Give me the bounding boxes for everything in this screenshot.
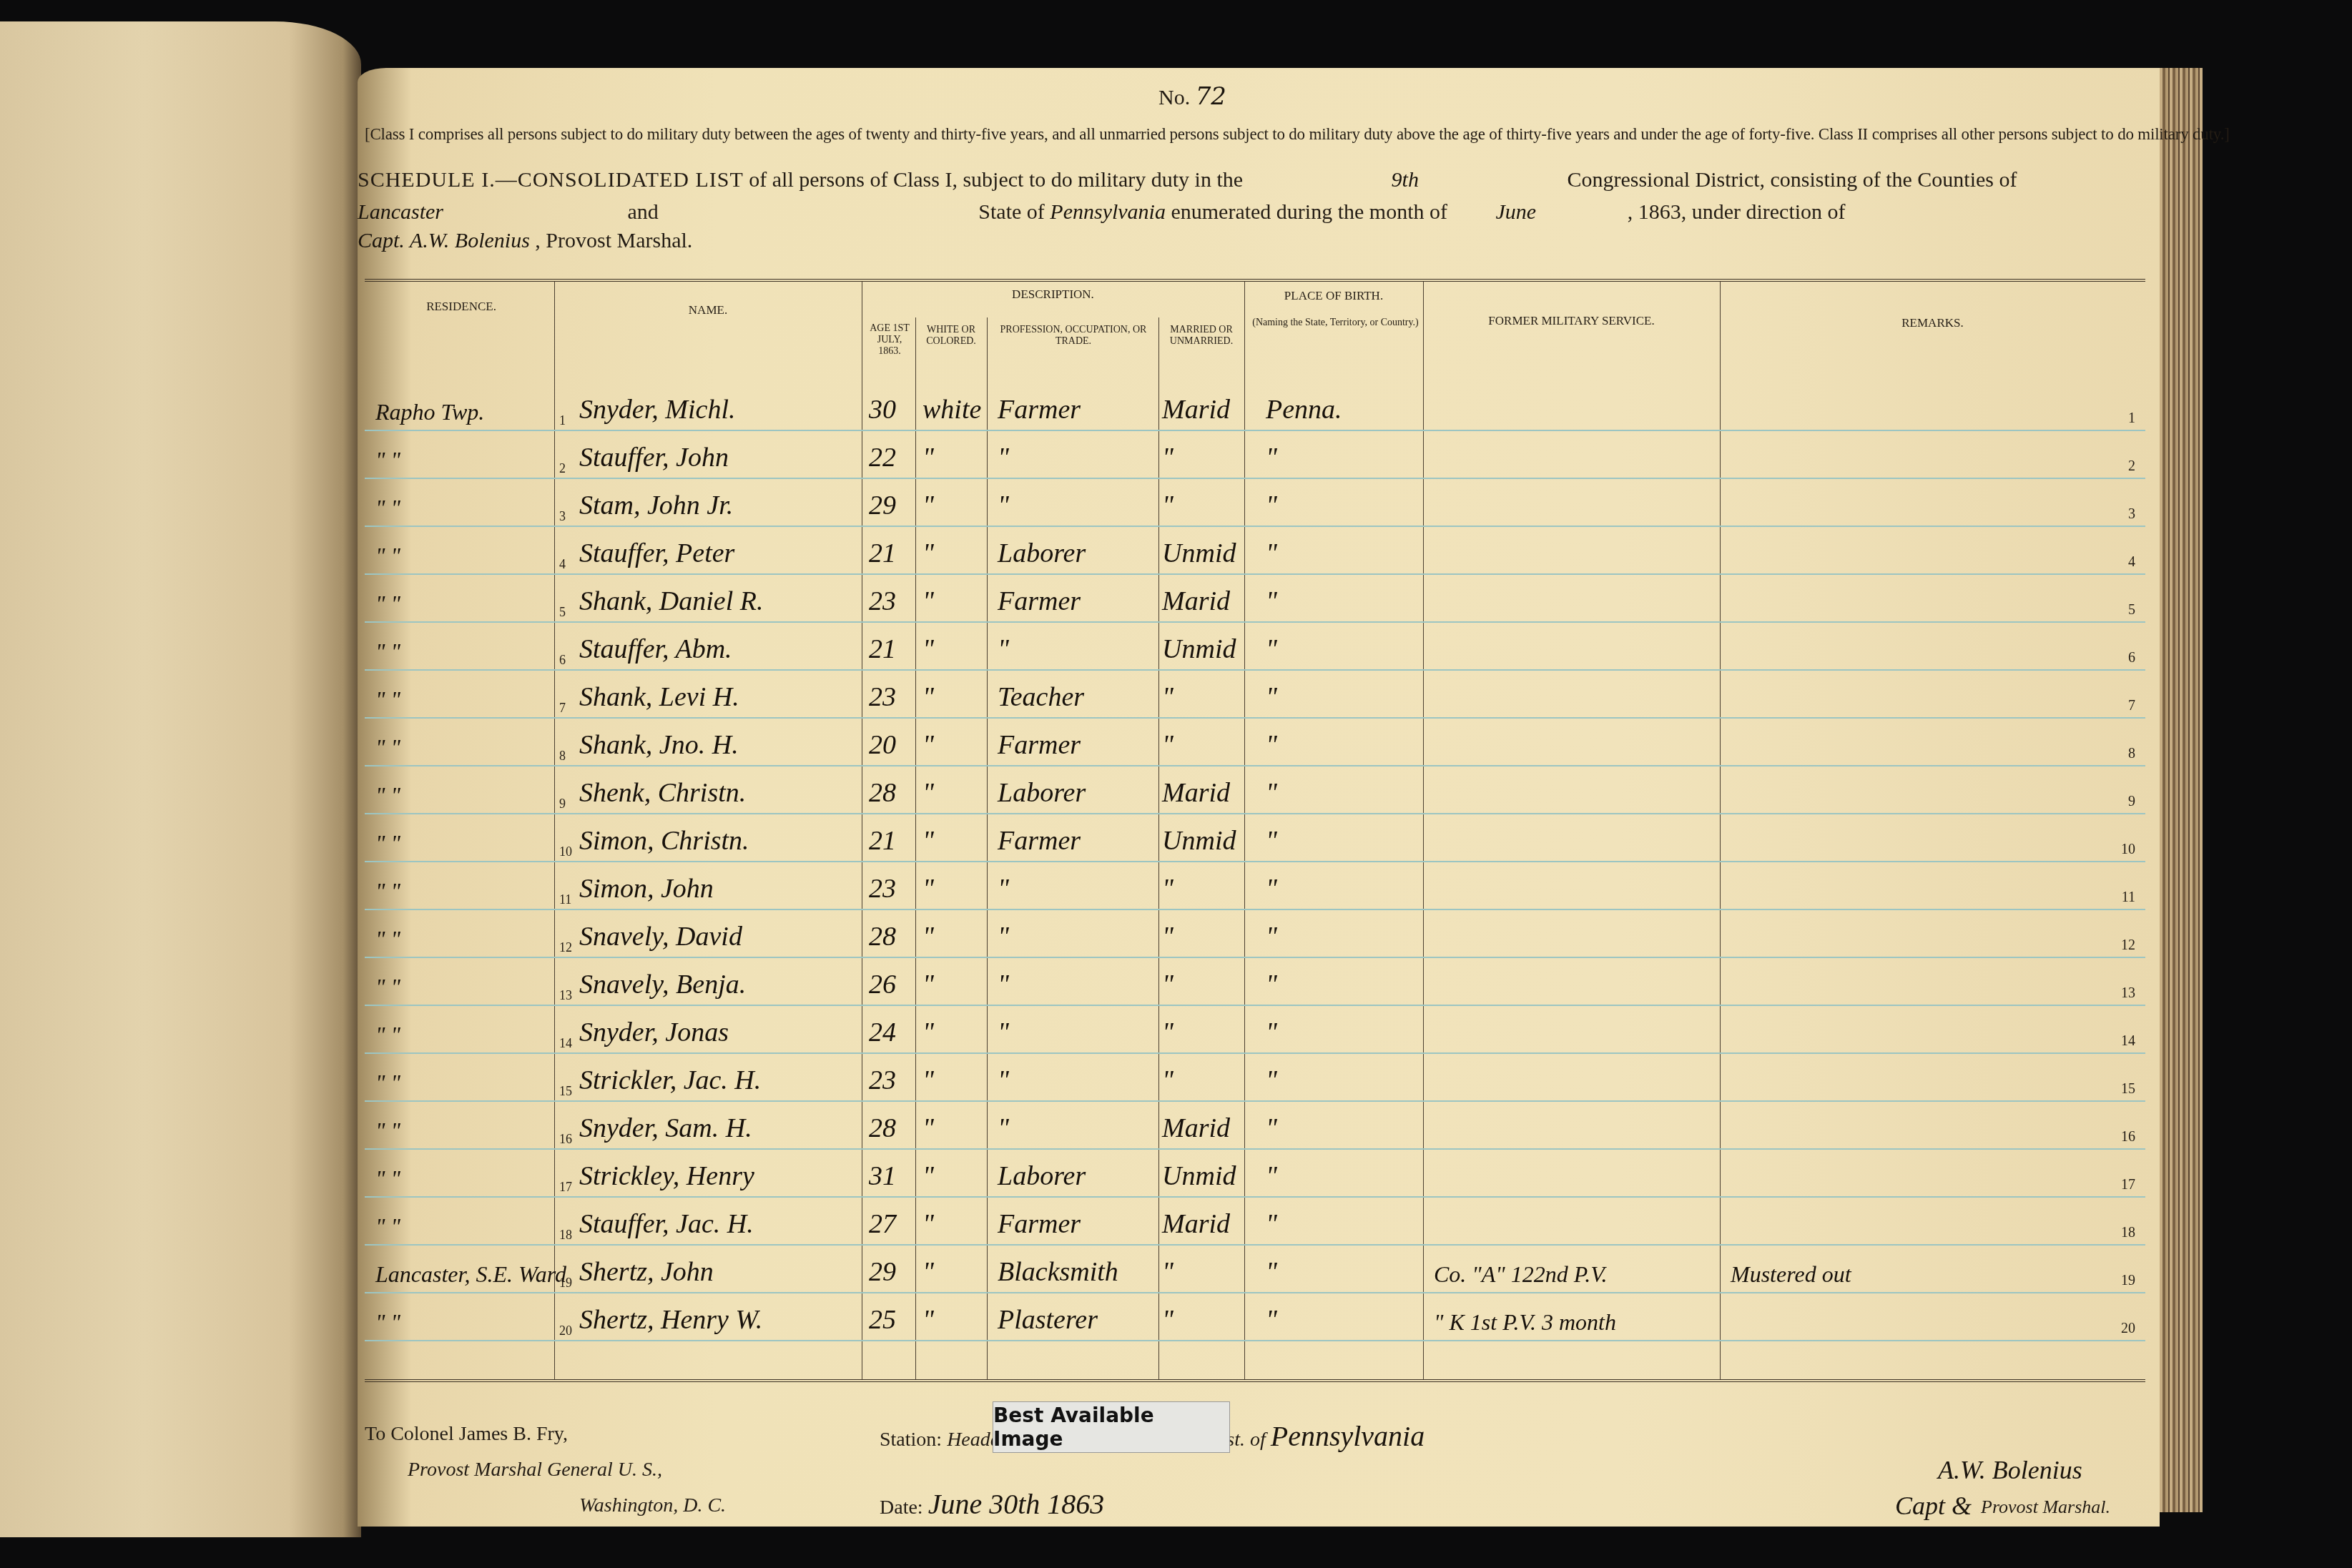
year-label: , 1863, under direction of xyxy=(1628,200,1846,224)
cell-name: Snavely, Benja. xyxy=(579,969,746,1000)
cell-color: " xyxy=(922,681,934,713)
row-number-right: 14 xyxy=(2121,1033,2135,1050)
row-number: 16 xyxy=(559,1132,572,1147)
station-state: Pennsylvania xyxy=(1271,1420,1425,1452)
cell-color: " xyxy=(922,490,934,521)
cell-color: " xyxy=(922,921,934,952)
table-row: 14" "Snyder, Jonas24""""14 xyxy=(365,1005,2145,1054)
cell-name: Stauffer, John xyxy=(579,442,729,473)
cell-name: Snavely, David xyxy=(579,921,742,952)
cell-color: " xyxy=(922,1256,934,1288)
cell-residence: " " xyxy=(375,1118,400,1144)
header-residence: Residence. xyxy=(372,300,551,314)
enumerated-label: enumerated during the month of xyxy=(1171,200,1447,224)
row-number-right: 20 xyxy=(2121,1321,2135,1337)
table-row: 2" "Stauffer, John22""""2 xyxy=(365,430,2145,479)
cell-residence: " " xyxy=(375,447,400,473)
cell-age: 29 xyxy=(869,1256,896,1288)
cell-age: 31 xyxy=(869,1160,896,1192)
cell-residence: " " xyxy=(375,1213,400,1240)
cell-age: 24 xyxy=(869,1017,896,1048)
cell-profession: Laborer xyxy=(998,538,1086,569)
row-number-right: 5 xyxy=(2128,602,2135,618)
table-row: 16" "Snyder, Sam. H.28""Marid"16 xyxy=(365,1100,2145,1150)
row-number: 1 xyxy=(559,413,566,428)
header-birth: Place of Birth. xyxy=(1248,289,1419,303)
cell-age: 23 xyxy=(869,681,896,713)
table-row: 9" "Shenk, Christn.28"LaborerMarid"9 xyxy=(365,765,2145,814)
table-row: 19Lancaster, S.E. WardShertz, John29"Bla… xyxy=(365,1244,2145,1293)
cell-profession: Farmer xyxy=(998,729,1081,761)
row-number: 9 xyxy=(559,797,566,812)
cell-birth: " xyxy=(1266,921,1277,952)
cell-married: Unmid xyxy=(1162,1160,1236,1192)
row-number-right: 8 xyxy=(2128,746,2135,762)
table-row: 7" "Shank, Levi H.23"Teacher""7 xyxy=(365,669,2145,719)
cell-color: " xyxy=(922,969,934,1000)
header-color: White or Colored. xyxy=(917,325,985,347)
table-row: 5" "Shank, Daniel R.23"FarmerMarid"5 xyxy=(365,573,2145,623)
schedule-heading: SCHEDULE I.—CONSOLIDATED LIST of all per… xyxy=(358,168,2017,192)
table-row: 18" "Stauffer, Jac. H.27"FarmerMarid"18 xyxy=(365,1196,2145,1246)
cell-profession: Teacher xyxy=(998,681,1084,713)
enrollment-page: No. 72 [Class I comprises all persons su… xyxy=(358,68,2160,1527)
row-number-right: 10 xyxy=(2121,842,2135,858)
cell-married: Unmid xyxy=(1162,633,1236,665)
addressee-title: Provost Marshal General U. S., xyxy=(408,1459,662,1481)
signature: A.W. Bolenius xyxy=(1938,1455,2082,1485)
row-number: 3 xyxy=(559,509,566,524)
cell-color: " xyxy=(922,1208,934,1240)
district-label: Congressional District, consisting of th… xyxy=(1567,168,2017,192)
row-number: 2 xyxy=(559,461,566,476)
cell-profession: " xyxy=(998,921,1009,952)
cell-color: " xyxy=(922,633,934,665)
addressee-place: Washington, D. C. xyxy=(579,1494,726,1517)
row-number: 17 xyxy=(559,1180,572,1195)
cell-color: " xyxy=(922,442,934,473)
cell-married: " xyxy=(1162,681,1173,713)
left-blank-page xyxy=(0,21,361,1537)
cell-age: 25 xyxy=(869,1304,896,1336)
county-state-line: Lancaster and State of Pennsylvania enum… xyxy=(358,200,1846,225)
cell-married: " xyxy=(1162,1065,1173,1096)
month-value: June xyxy=(1496,200,1537,224)
cell-color: " xyxy=(922,777,934,809)
row-number-right: 17 xyxy=(2121,1177,2135,1193)
cell-married: " xyxy=(1162,873,1173,904)
row-number-right: 6 xyxy=(2128,650,2135,666)
row-number: 6 xyxy=(559,653,566,668)
cell-birth: " xyxy=(1266,873,1277,904)
cell-birth: " xyxy=(1266,1304,1277,1336)
cell-color: " xyxy=(922,1160,934,1192)
signature-label: Provost Marshal. xyxy=(1981,1496,2110,1518)
cell-profession: " xyxy=(998,490,1009,521)
cell-age: 23 xyxy=(869,586,896,617)
addressee: To Colonel James B. Fry, xyxy=(365,1423,568,1446)
cell-color: " xyxy=(922,1113,934,1144)
cell-name: Stauffer, Jac. H. xyxy=(579,1208,754,1240)
cell-birth: " xyxy=(1266,969,1277,1000)
cell-birth: " xyxy=(1266,1113,1277,1144)
cell-birth: " xyxy=(1266,442,1277,473)
header-age: Age 1st July, 1863. xyxy=(865,323,914,358)
row-number-right: 13 xyxy=(2121,985,2135,1002)
cell-remarks: Mustered out xyxy=(1731,1261,1851,1288)
row-number: 10 xyxy=(559,844,572,859)
table-row: 13" "Snavely, Benja.26""""13 xyxy=(365,957,2145,1006)
cell-age: 28 xyxy=(869,777,896,809)
cell-age: 26 xyxy=(869,969,896,1000)
cell-profession: " xyxy=(998,969,1009,1000)
cell-birth: " xyxy=(1266,825,1277,857)
table-row: 1Rapho Twp.Snyder, Michl.30whiteFarmerMa… xyxy=(365,382,2145,431)
cell-name: Strickley, Henry xyxy=(579,1160,754,1192)
row-number: 13 xyxy=(559,988,572,1003)
cell-name: Shank, Levi H. xyxy=(579,681,739,713)
cell-birth: " xyxy=(1266,1208,1277,1240)
header-remarks: Remarks. xyxy=(1723,316,2142,330)
cell-profession: Farmer xyxy=(998,394,1081,425)
cell-age: 28 xyxy=(869,1113,896,1144)
cell-residence: " " xyxy=(375,1022,400,1048)
cell-color: " xyxy=(922,586,934,617)
cell-married: Marid xyxy=(1162,777,1230,809)
cell-residence: " " xyxy=(375,686,400,713)
cell-residence: " " xyxy=(375,878,400,904)
cell-residence: " " xyxy=(375,1309,400,1336)
class-definition: [Class I comprises all persons subject t… xyxy=(365,125,2230,144)
row-number-right: 2 xyxy=(2128,458,2135,475)
cell-residence: " " xyxy=(375,495,400,521)
cell-married: Marid xyxy=(1162,586,1230,617)
row-number-right: 1 xyxy=(2128,410,2135,427)
cell-birth: " xyxy=(1266,777,1277,809)
cell-married: " xyxy=(1162,1256,1173,1288)
schedule-text: of all persons of Class I, subject to do… xyxy=(749,168,1243,192)
cell-profession: Laborer xyxy=(998,1160,1086,1192)
number-value: 72 xyxy=(1196,82,1226,111)
cell-residence: " " xyxy=(375,734,400,761)
row-number: 20 xyxy=(559,1323,572,1338)
cell-birth: " xyxy=(1266,681,1277,713)
cell-name: Stauffer, Abm. xyxy=(579,633,732,665)
header-birth-sub: (Naming the State, Territory, or Country… xyxy=(1251,317,1419,329)
cell-name: Simon, Christn. xyxy=(579,825,749,857)
cell-name: Shank, Jno. H. xyxy=(579,729,739,761)
cell-profession: Farmer xyxy=(998,1208,1081,1240)
cell-name: Simon, John xyxy=(579,873,714,904)
row-number: 18 xyxy=(559,1228,572,1243)
cell-name: Snyder, Jonas xyxy=(579,1017,729,1048)
cell-birth: " xyxy=(1266,1256,1277,1288)
row-number: 11 xyxy=(559,892,571,907)
row-number: 12 xyxy=(559,940,572,955)
district-value: 9th xyxy=(1392,168,1419,192)
row-number-right: 12 xyxy=(2121,937,2135,954)
cell-age: 21 xyxy=(869,825,896,857)
cell-profession: " xyxy=(998,633,1009,665)
cell-residence: Rapho Twp. xyxy=(375,399,484,425)
cell-residence: " " xyxy=(375,1165,400,1192)
cell-residence: " " xyxy=(375,591,400,617)
schedule-title: SCHEDULE I.—CONSOLIDATED LIST xyxy=(358,168,744,192)
cell-color: " xyxy=(922,873,934,904)
cell-residence: " " xyxy=(375,638,400,665)
book-page-edges xyxy=(2152,68,2203,1512)
cell-color: " xyxy=(922,825,934,857)
cell-married: " xyxy=(1162,729,1173,761)
cell-age: 22 xyxy=(869,442,896,473)
cell-profession: Farmer xyxy=(998,825,1081,857)
date-line: Date: June 30th 1863 xyxy=(880,1487,1104,1521)
cell-residence: Lancaster, S.E. Ward xyxy=(375,1261,566,1288)
cell-profession: Laborer xyxy=(998,777,1086,809)
row-number-right: 7 xyxy=(2128,698,2135,714)
date-value: June 30th 1863 xyxy=(928,1488,1105,1520)
row-number-right: 16 xyxy=(2121,1129,2135,1145)
cell-profession: " xyxy=(998,442,1009,473)
signature-title: Capt & xyxy=(1895,1491,1972,1521)
row-number-right: 19 xyxy=(2121,1273,2135,1289)
cell-birth: " xyxy=(1266,586,1277,617)
county-value: Lancaster xyxy=(358,200,443,224)
cell-married: " xyxy=(1162,921,1173,952)
cell-profession: " xyxy=(998,873,1009,904)
cell-birth: " xyxy=(1266,1017,1277,1048)
cell-birth: " xyxy=(1266,538,1277,569)
header-description: Description. xyxy=(865,287,1241,302)
cell-residence: " " xyxy=(375,974,400,1000)
cell-residence: " " xyxy=(375,1070,400,1096)
table-row: 4" "Stauffer, Peter21"LaborerUnmid"4 xyxy=(365,526,2145,575)
cell-color: " xyxy=(922,1304,934,1336)
row-number-right: 3 xyxy=(2128,506,2135,523)
cell-birth: " xyxy=(1266,1160,1277,1192)
table-row: 8" "Shank, Jno. H.20"Farmer""8 xyxy=(365,717,2145,766)
state-value: Pennsylvania xyxy=(1050,200,1166,224)
cell-name: Strickler, Jac. H. xyxy=(579,1065,761,1096)
cell-age: 30 xyxy=(869,394,896,425)
cell-residence: " " xyxy=(375,926,400,952)
table-row: 15" "Strickler, Jac. H.23""""15 xyxy=(365,1052,2145,1102)
number-label: No. xyxy=(1158,86,1190,109)
cell-birth: " xyxy=(1266,633,1277,665)
marshal-line: Capt. A.W. Bolenius , Provost Marshal. xyxy=(358,229,692,253)
date-label: Date: xyxy=(880,1496,923,1519)
table-row: 6" "Stauffer, Abm.21""Unmid"6 xyxy=(365,621,2145,671)
cell-age: 29 xyxy=(869,490,896,521)
cell-profession: Farmer xyxy=(998,586,1081,617)
cell-married: " xyxy=(1162,442,1173,473)
cell-residence: " " xyxy=(375,543,400,569)
marshal-label: , Provost Marshal. xyxy=(535,229,692,252)
cell-color: " xyxy=(922,538,934,569)
table-row: 3" "Stam, John Jr.29""""3 xyxy=(365,478,2145,527)
row-number: 7 xyxy=(559,701,566,716)
table-row: 17" "Strickley, Henry31"LaborerUnmid"17 xyxy=(365,1148,2145,1198)
cell-age: 28 xyxy=(869,921,896,952)
cell-name: Stam, John Jr. xyxy=(579,490,733,521)
table-row: 20" "Shertz, Henry W.25"Plasterer""" K 1… xyxy=(365,1292,2145,1341)
cell-residence: " " xyxy=(375,830,400,857)
cell-birth: " xyxy=(1266,729,1277,761)
row-number: 8 xyxy=(559,749,566,764)
cell-military: " K 1st P.V. 3 month xyxy=(1434,1309,1616,1336)
row-number-right: 4 xyxy=(2128,554,2135,571)
cell-married: " xyxy=(1162,1017,1173,1048)
cell-married: " xyxy=(1162,969,1173,1000)
cell-name: Snyder, Sam. H. xyxy=(579,1113,752,1144)
cell-name: Shertz, Henry W. xyxy=(579,1304,762,1336)
cell-profession: Plasterer xyxy=(998,1304,1098,1336)
table-row: 10" "Simon, Christn.21"FarmerUnmid"10 xyxy=(365,813,2145,862)
cell-color: " xyxy=(922,1065,934,1096)
cell-married: " xyxy=(1162,1304,1173,1336)
row-number: 14 xyxy=(559,1036,572,1051)
row-number-right: 9 xyxy=(2128,794,2135,810)
header-profession: Profession, Occupation, or Trade. xyxy=(990,325,1156,347)
cell-married: Marid xyxy=(1162,394,1230,425)
cell-color: " xyxy=(922,729,934,761)
row-number: 15 xyxy=(559,1084,572,1099)
cell-age: 23 xyxy=(869,873,896,904)
row-number-right: 15 xyxy=(2121,1081,2135,1098)
cell-name: Snyder, Michl. xyxy=(579,394,735,425)
cell-name: Shenk, Christn. xyxy=(579,777,746,809)
header-married: Married or Unmarried. xyxy=(1160,325,1243,347)
cell-name: Stauffer, Peter xyxy=(579,538,734,569)
cell-married: " xyxy=(1162,490,1173,521)
row-number: 5 xyxy=(559,605,566,620)
header-name: Name. xyxy=(558,303,858,317)
cell-military: Co. "A" 122nd P.V. xyxy=(1434,1261,1608,1288)
row-number-right: 18 xyxy=(2121,1225,2135,1241)
table-row: 11" "Simon, John23""""11 xyxy=(365,861,2145,910)
cell-name: Shertz, John xyxy=(579,1256,714,1288)
enrollment-table: Residence. Name. Description. Age 1st Ju… xyxy=(365,279,2145,1382)
cell-name: Shank, Daniel R. xyxy=(579,586,764,617)
station-label: Station: xyxy=(880,1429,942,1451)
header-military: Former Military Service. xyxy=(1427,314,1716,328)
cell-residence: " " xyxy=(375,782,400,809)
form-footer: To Colonel James B. Fry, Provost Marshal… xyxy=(365,1391,2145,1527)
cell-age: 23 xyxy=(869,1065,896,1096)
row-number: 4 xyxy=(559,557,566,572)
cell-age: 27 xyxy=(869,1208,896,1240)
state-label: State of xyxy=(978,200,1044,224)
cell-birth: " xyxy=(1266,490,1277,521)
cell-profession: " xyxy=(998,1065,1009,1096)
marshal-value: Capt. A.W. Bolenius xyxy=(358,229,530,252)
cell-birth: " xyxy=(1266,1065,1277,1096)
cell-profession: " xyxy=(998,1017,1009,1048)
table-row: 12" "Snavely, David28""""12 xyxy=(365,909,2145,958)
form-number: No. 72 xyxy=(1158,82,1226,111)
cell-age: 20 xyxy=(869,729,896,761)
row-number-right: 11 xyxy=(2122,889,2135,906)
cell-birth: Penna. xyxy=(1266,394,1342,425)
cell-married: Unmid xyxy=(1162,538,1236,569)
cell-age: 21 xyxy=(869,538,896,569)
cell-married: Marid xyxy=(1162,1208,1230,1240)
and-label: and xyxy=(628,200,659,224)
cell-profession: " xyxy=(998,1113,1009,1144)
cell-color: " xyxy=(922,1017,934,1048)
cell-married: Marid xyxy=(1162,1113,1230,1144)
cell-age: 21 xyxy=(869,633,896,665)
cell-color: white xyxy=(922,394,981,425)
cell-profession: Blacksmith xyxy=(998,1256,1118,1288)
cell-married: Unmid xyxy=(1162,825,1236,857)
best-available-image-label: Best Available Image xyxy=(993,1401,1230,1453)
